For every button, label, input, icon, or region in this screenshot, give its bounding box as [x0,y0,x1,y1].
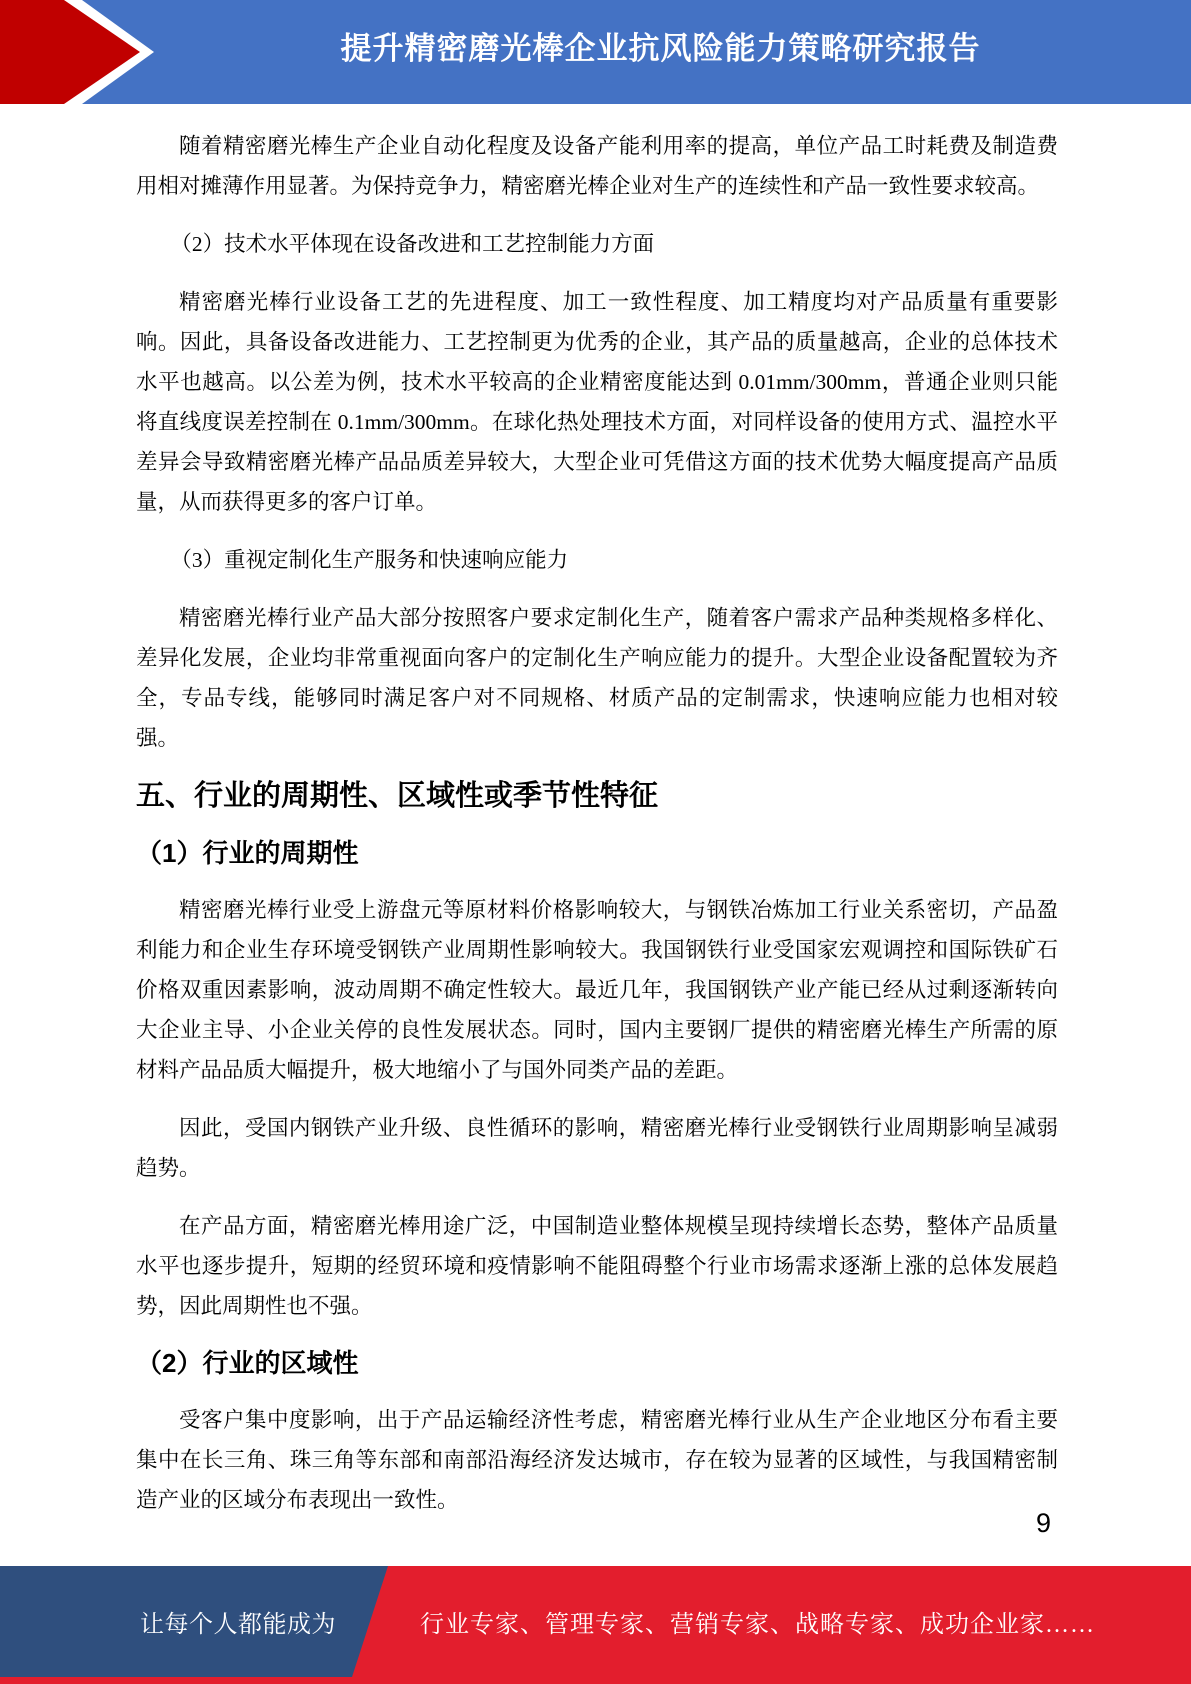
red-arrow-icon [0,0,140,104]
subsection-heading: （1）行业的周期性 [136,834,1058,872]
numbered-sub-heading: （3）重视定制化生产服务和快速响应能力 [136,540,1058,580]
footer-banner: 让每个人都能成为 行业专家、管理专家、营销专家、战略专家、成功企业家…… [0,1566,1191,1684]
body-paragraph: 受客户集中度影响，出于产品运输经济性考虑，精密磨光棒行业从生产企业地区分布看主要… [136,1400,1058,1520]
report-title: 提升精密磨光棒企业抗风险能力策略研究报告 [160,0,1161,104]
numbered-sub-heading: （2）技术水平体现在设备改进和工艺控制能力方面 [136,224,1058,264]
body-paragraph: 精密磨光棒行业设备工艺的先进程度、加工一致性程度、加工精度均对产品质量有重要影响… [136,282,1058,522]
body-paragraph: 随着精密磨光棒生产企业自动化程度及设备产能利用率的提高，单位产品工时耗费及制造费… [136,126,1058,206]
section-heading: 五、行业的周期性、区域性或季节性特征 [136,776,1058,816]
footer-slogan-right: 行业专家、管理专家、营销专家、战略专家、成功企业家…… [420,1566,1095,1677]
footer-slogan-left: 让每个人都能成为 [140,1566,336,1677]
document-page: 提升精密磨光棒企业抗风险能力策略研究报告 随着精密磨光棒生产企业自动化程度及设备… [0,0,1191,1684]
header-banner: 提升精密磨光棒企业抗风险能力策略研究报告 [0,0,1191,104]
body-paragraph: 因此，受国内钢铁产业升级、良性循环的影响，精密磨光棒行业受钢铁行业周期影响呈减弱… [136,1108,1058,1188]
page-number: 9 [1036,1508,1051,1539]
document-body: 随着精密磨光棒生产企业自动化程度及设备产能利用率的提高，单位产品工时耗费及制造费… [136,104,1058,1538]
subsection-heading: （2）行业的区域性 [136,1344,1058,1382]
body-paragraph: 精密磨光棒行业受上游盘元等原材料价格影响较大，与钢铁冶炼加工行业关系密切，产品盈… [136,890,1058,1090]
body-paragraph: 在产品方面，精密磨光棒用途广泛，中国制造业整体规模呈现持续增长态势，整体产品质量… [136,1206,1058,1326]
body-paragraph: 精密磨光棒行业产品大部分按照客户要求定制化生产，随着客户需求产品种类规格多样化、… [136,598,1058,758]
